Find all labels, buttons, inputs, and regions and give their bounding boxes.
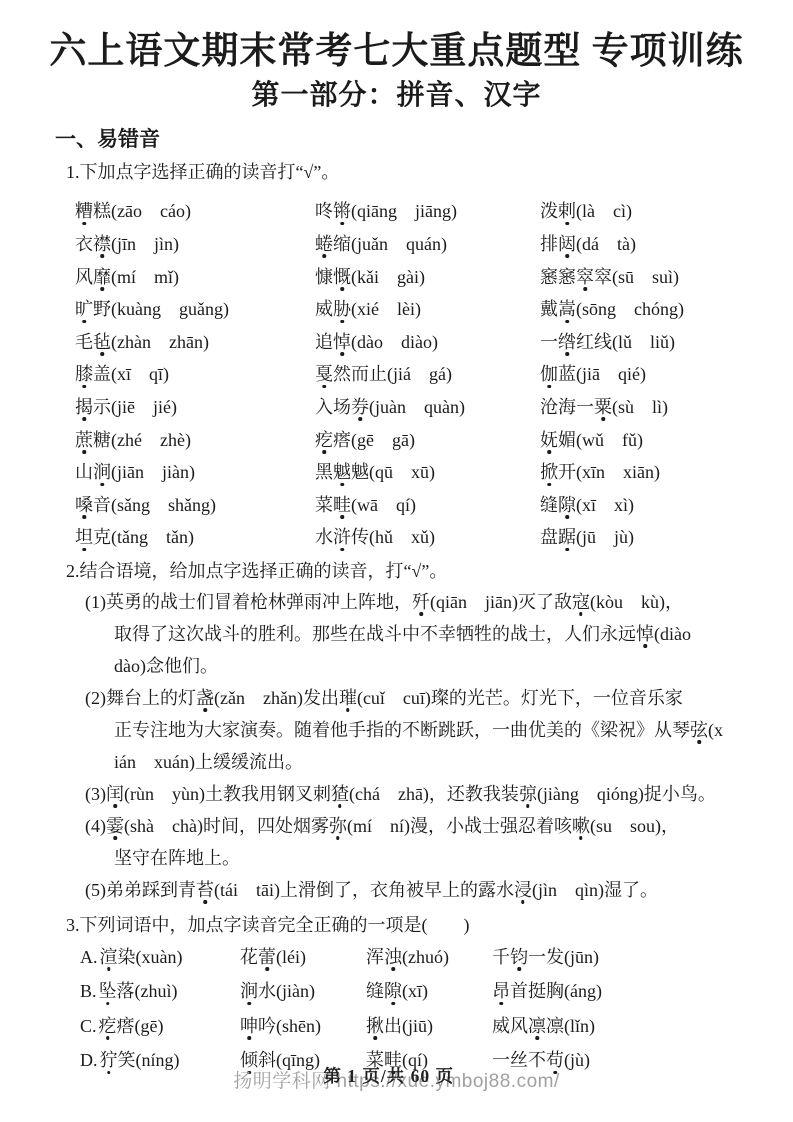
word-char: 出: [384, 1016, 402, 1036]
word-char: 首: [510, 981, 528, 1001]
dotted-char: 嵩: [558, 299, 576, 319]
pinyin-text: (jiē jié): [111, 397, 177, 417]
option-cell: B.坠落(zhuì): [80, 974, 240, 1009]
pinyin-word: 坦克(tǎng tǎn): [75, 527, 194, 547]
word-entry: 坦克(tǎng tǎn): [75, 521, 315, 554]
dotted-char: 嗓: [75, 495, 93, 515]
word-char: 然: [333, 364, 351, 384]
pinyin-text: (wǔ fǔ): [576, 430, 643, 450]
text-segment: (shà chà)时间，四处烟雾: [124, 816, 329, 836]
pinyin-word: 揪出(jiū): [366, 1016, 433, 1036]
word-char: 盘: [540, 527, 558, 547]
word-char: 咚: [315, 201, 333, 221]
sentence-line: (2)舞台上的灯盏(zǎn zhǎn)发出璀(cuǐ cuī)璨的光芒。灯光下，…: [85, 682, 793, 714]
pinyin-text: (léi): [276, 947, 306, 967]
pinyin-word: 追悼(dào diào): [315, 332, 438, 352]
pinyin-word: 排闼(dá tà): [540, 234, 636, 254]
option-label: A.: [80, 947, 100, 967]
pinyin-word: 窸窸窣窣(sū suì): [540, 267, 679, 287]
q1-stem: 1.下加点字选择正确的读音打“√”。: [66, 157, 793, 187]
word-entry: 旷野(kuàng guǎng): [75, 293, 315, 326]
dotted-char: 涧: [93, 462, 111, 482]
dotted-char: 弥: [329, 816, 347, 836]
pinyin-word: 蜷缩(juǎn quán): [315, 234, 447, 254]
text-segment: (tái tāi)上滑倒了，衣角被早上的露水: [214, 880, 514, 900]
pinyin-text: (jiàn): [276, 981, 315, 1001]
pinyin-word: 毛毡(zhàn zhān): [75, 332, 209, 352]
pinyin-text: (hǔ xǔ): [369, 527, 435, 547]
word-char: 糖: [93, 430, 111, 450]
pinyin-text: (juǎn quán): [351, 234, 447, 254]
pinyin-word: 膝盖(xī qī): [75, 364, 169, 384]
text-segment: (su sou)，: [590, 816, 679, 836]
word-char: 排: [540, 234, 558, 254]
word-char: 毛: [75, 332, 93, 352]
pinyin-text: (lǐn): [564, 1016, 595, 1036]
pinyin-word: 沧海一粟(sù lì): [540, 397, 668, 417]
pinyin-text: (jiū): [402, 1016, 433, 1036]
pinyin-word: 花蕾(léi): [240, 947, 306, 967]
pinyin-word: 伽蓝(jiā qié): [540, 364, 646, 384]
dotted-char: 襟: [93, 234, 111, 254]
text-segment: 坚守在阵地上。: [114, 848, 240, 868]
dotted-char: 钧: [510, 947, 528, 967]
sentence-line: 坚守在阵地上。: [114, 842, 793, 874]
word-char: 缩: [333, 234, 351, 254]
pinyin-word: 戴嵩(sōng chóng): [540, 299, 684, 319]
pinyin-text: (xī): [402, 981, 428, 1001]
word-char: 一: [576, 397, 594, 417]
text-segment: (qiān jiān)灭了敌: [430, 592, 572, 612]
word-char: 音: [93, 495, 111, 515]
dotted-char: 寇: [572, 592, 590, 612]
word-char: 落: [117, 981, 135, 1001]
word-entry: 衣襟(jīn jìn): [75, 228, 315, 261]
pinyin-text: (qū xū): [369, 462, 435, 482]
sentence-line: (5)弟弟踩到青苔(tái tāi)上滑倒了，衣角被早上的露水浸(jìn qìn…: [85, 874, 793, 906]
pinyin-word: 衣襟(jīn jìn): [75, 234, 179, 254]
option-cell: 昂首挺胸(áng): [492, 974, 793, 1009]
pinyin-text: (wā qí): [351, 495, 416, 515]
page-title: 六上语文期末常考七大重点题型 专项训练: [0, 30, 793, 74]
option-row: C.疙瘩(gē)呻吟(shēn)揪出(jiū)威风凛凛(lǐn): [80, 1009, 793, 1044]
dotted-char: 戛: [315, 364, 333, 384]
option-cell: 千钧一发(jūn): [492, 940, 793, 975]
word-entry: 沧海一粟(sù lì): [540, 391, 793, 424]
text-segment: (mí ní)漫，小战士强忍着咳: [347, 816, 572, 836]
pinyin-word: 渲染(xuàn): [100, 947, 183, 967]
word-char: 山: [75, 462, 93, 482]
dotted-char: 闼: [558, 234, 576, 254]
pinyin-text: (zhuó): [402, 947, 449, 967]
option-cell: 浑浊(zhuó): [366, 940, 492, 975]
word-char: 而: [351, 364, 369, 384]
pinyin-word: 咚锵(qiāng jiāng): [315, 201, 457, 221]
dotted-char: 凛: [528, 1016, 546, 1036]
word-char: 魆: [351, 462, 369, 482]
dotted-char: 隙: [384, 981, 402, 1001]
page-footer: 扬明学科网 https://xue.ymboj88.com/ 第 1 页/共 6…: [0, 1066, 793, 1096]
word-char: 一: [528, 947, 546, 967]
dotted-char: 胁: [333, 299, 351, 319]
word-char: 浑: [366, 947, 384, 967]
word-entry: 伽蓝(jiā qié): [540, 358, 793, 391]
pinyin-text: (mí mǐ): [111, 267, 179, 287]
sentence-line: dào)念他们。: [114, 650, 793, 682]
dotted-char: 盏: [196, 688, 214, 708]
word-entry: 戴嵩(sōng chóng): [540, 293, 793, 326]
dotted-char: 浊: [384, 947, 402, 967]
option-cell: 涧水(jiàn): [240, 974, 366, 1009]
option-cell: 揪出(jiū): [366, 1009, 492, 1044]
option-cell: A.渲染(xuàn): [80, 940, 240, 975]
option-label: C.: [80, 1016, 99, 1036]
pinyin-word: 千钧一发(jūn): [492, 947, 599, 967]
dotted-char: 蜷: [315, 234, 333, 254]
pinyin-word: 山涧(jiān jiàn): [75, 462, 195, 482]
word-char: 胸: [546, 981, 564, 1001]
option-row: B.坠落(zhuì)涧水(jiàn)缝隙(xī)昂首挺胸(áng): [80, 974, 793, 1009]
section-heading-yicuoyin: 一、易错音: [55, 127, 793, 153]
pinyin-text: (sū suì): [612, 267, 679, 287]
word-entry: 一绺红线(lǔ liǔ): [540, 326, 793, 359]
dotted-char: 隙: [558, 495, 576, 515]
word-char: 海: [558, 397, 576, 417]
sentence-line: (1)英勇的战士们冒着枪林弹雨冲上阵地，歼(qiān jiān)灭了敌寇(kòu…: [85, 586, 793, 618]
word-char: 一: [540, 332, 558, 352]
pinyin-text: (zāo cáo): [111, 201, 191, 221]
word-char: 窣: [594, 267, 612, 287]
dotted-char: 畦: [333, 495, 351, 515]
word-entry: 风靡(mí mǐ): [75, 261, 315, 294]
word-char: 场: [333, 397, 351, 417]
dotted-char: 歼: [412, 592, 430, 612]
word-entry: 戛然而止(jiá gá): [315, 358, 540, 391]
option-cell: 花蕾(léi): [240, 940, 366, 975]
word-char: 追: [315, 332, 333, 352]
option-row: A.渲染(xuàn)花蕾(léi)浑浊(zhuó)千钧一发(jūn): [80, 940, 793, 975]
q2-sentence-items: (1)英勇的战士们冒着枪林弹雨冲上阵地，歼(qiān jiān)灭了敌寇(kòu…: [0, 586, 793, 906]
word-entry: 膝盖(xī qī): [75, 358, 315, 391]
pinyin-text: (sōng chóng): [576, 299, 684, 319]
pinyin-text: (sǎng shǎng): [111, 495, 216, 515]
word-char: 黑: [315, 462, 333, 482]
option-cell: 呻吟(shēn): [240, 1009, 366, 1044]
word-char: 慷: [315, 267, 333, 287]
word-entry: 山涧(jiān jiàn): [75, 456, 315, 489]
pinyin-text: (lǔ liǔ): [612, 332, 675, 352]
pinyin-text: (gē): [135, 1016, 164, 1036]
pinyin-word: 浑浊(zhuó): [366, 947, 449, 967]
sentence-line: (3)闰(rùn yùn)土教我用钢叉刺猹(chá zhā)，还教我装弶(jià…: [85, 778, 793, 810]
word-char: 克: [93, 527, 111, 547]
dotted-char: 粟: [594, 397, 612, 417]
dotted-char: 疙: [315, 430, 333, 450]
dotted-char: 坦: [75, 527, 93, 547]
word-char: 媚: [558, 430, 576, 450]
pinyin-text: (xuàn): [136, 947, 183, 967]
word-char: 沧: [540, 397, 558, 417]
dotted-char: 旷: [75, 299, 93, 319]
text-segment: 取得了这次战斗的胜利。那些在战斗中不幸牺牲的战士，人们永远: [114, 624, 636, 644]
word-char: 菜: [315, 495, 333, 515]
word-char: 缝: [540, 495, 558, 515]
text-segment: 正专注地为大家演奏。随着他手指的不断跳跃，一曲优美的《梁祝》从琴: [114, 720, 690, 740]
word-entry: 嗓音(sǎng shǎng): [75, 489, 315, 522]
word-entry: 入场券(juàn quàn): [315, 391, 540, 424]
option-cell: C.疙瘩(gē): [80, 1009, 240, 1044]
dotted-char: 踞: [558, 527, 576, 547]
dotted-char: 弶: [519, 784, 537, 804]
word-entry: 追悼(dào diào): [315, 326, 540, 359]
word-char: 风: [75, 267, 93, 287]
sentence-line: ián xuán)上缓缓流出。: [114, 746, 793, 778]
dotted-char: 掀: [540, 462, 558, 482]
sentence-line: 取得了这次战斗的胜利。那些在战斗中不幸牺牲的战士，人们永远悼(diào: [114, 618, 793, 650]
word-entry: 疙瘩(gē gā): [315, 424, 540, 457]
dotted-char: 坠: [99, 981, 117, 1001]
pinyin-word: 威胁(xié lèi): [315, 299, 421, 319]
dotted-char: 妩: [540, 430, 558, 450]
text-segment: (4): [85, 816, 106, 836]
pinyin-text: (gē gā): [351, 430, 415, 450]
word-entry: 缝隙(xī xì): [540, 489, 793, 522]
pinyin-text: (jūn): [564, 947, 599, 967]
word-entry: 妩媚(wǔ fǔ): [540, 424, 793, 457]
pinyin-text: (xī qī): [111, 364, 169, 384]
pinyin-word: 坠落(zhuì): [99, 981, 178, 1001]
pinyin-word: 水浒传(hǔ xǔ): [315, 527, 435, 547]
pinyin-text: (là cì): [576, 201, 632, 221]
text-segment: ián xuán)上缓缓流出。: [114, 752, 303, 772]
pinyin-text: (dào diào): [351, 332, 438, 352]
pinyin-text: (zhé zhè): [111, 430, 191, 450]
pinyin-word: 呻吟(shēn): [240, 1016, 321, 1036]
word-char: 染: [118, 947, 136, 967]
pinyin-text: (xié lèi): [351, 299, 421, 319]
word-char: 戴: [540, 299, 558, 319]
word-char: 风: [510, 1016, 528, 1036]
dotted-char: 弦: [690, 720, 708, 740]
dotted-char: 绺: [558, 332, 576, 352]
dotted-char: 蕾: [258, 947, 276, 967]
option-cell: 威风凛凛(lǐn): [492, 1009, 793, 1044]
word-entry: 蔗糖(zhé zhè): [75, 424, 315, 457]
pinyin-word: 疙瘩(gē): [99, 1016, 164, 1036]
sentence-line: (4)霎(shà chà)时间，四处烟雾弥(mí ní)漫，小战士强忍着咳嗽(s…: [85, 810, 793, 842]
word-char: 挺: [528, 981, 546, 1001]
dotted-char: 璀: [339, 688, 357, 708]
text-segment: (cuǐ cuī)璨的光芒。灯光下，一位音乐家: [357, 688, 683, 708]
pinyin-word: 盘踞(jū jù): [540, 527, 634, 547]
pinyin-text: (zhàn zhān): [111, 332, 209, 352]
pinyin-text: (jīn jìn): [111, 234, 179, 254]
word-char: 糕: [93, 201, 111, 221]
dotted-char: 窣: [576, 267, 594, 287]
text-segment: dào)念他们。: [114, 656, 218, 676]
dotted-char: 闰: [106, 784, 124, 804]
word-char: 止: [369, 364, 387, 384]
word-entry: 威胁(xié lèi): [315, 293, 540, 326]
dotted-char: 悼: [636, 624, 654, 644]
word-char: 红: [576, 332, 594, 352]
dotted-char: 苔: [196, 880, 214, 900]
pinyin-word: 一绺红线(lǔ liǔ): [540, 332, 675, 352]
pinyin-word: 掀开(xīn xiān): [540, 462, 660, 482]
dotted-char: 锵: [333, 201, 351, 221]
dotted-char: 慨: [333, 267, 351, 287]
word-char: 花: [240, 947, 258, 967]
word-char: 发: [546, 947, 564, 967]
pinyin-text: (kǎi gài): [351, 267, 425, 287]
dotted-char: 涧: [240, 981, 258, 1001]
word-char: 开: [558, 462, 576, 482]
pinyin-word: 缝隙(xī): [366, 981, 428, 1001]
word-char: 瘩: [117, 1016, 135, 1036]
pinyin-text: (áng): [564, 981, 602, 1001]
word-char: 凛: [546, 1016, 564, 1036]
pinyin-word: 风靡(mí mǐ): [75, 267, 179, 287]
word-char: 威: [492, 1016, 510, 1036]
word-entry: 咚锵(qiāng jiāng): [315, 195, 540, 228]
dotted-char: 膝: [75, 364, 93, 384]
text-segment: (2)舞台上的灯: [85, 688, 196, 708]
dotted-char: 浸: [514, 880, 532, 900]
pinyin-word: 菜畦(wā qí): [315, 495, 416, 515]
page-number: 第 1 页/共 60 页: [323, 1063, 454, 1088]
pinyin-word: 揭示(jiē jié): [75, 397, 177, 417]
pinyin-word: 威风凛凛(lǐn): [492, 1016, 595, 1036]
word-char: 示: [93, 397, 111, 417]
text-segment: (diào: [654, 624, 691, 644]
word-entry: 揭示(jiē jié): [75, 391, 315, 424]
page-subtitle: 第一部分：拼音、汉字: [0, 78, 793, 113]
dotted-char: 呻: [240, 1016, 258, 1036]
word-char: 缝: [366, 981, 384, 1001]
text-segment: (jiàng qióng)捉小鸟。: [537, 784, 716, 804]
dotted-char: 渲: [100, 947, 118, 967]
word-char: 千: [492, 947, 510, 967]
pinyin-word: 入场券(juàn quàn): [315, 397, 465, 417]
text-segment: (kòu kù)，: [590, 592, 683, 612]
text-segment: (chá zhā)，还教我装: [349, 784, 519, 804]
pinyin-text: (qiāng jiāng): [351, 201, 457, 221]
option-label: B.: [80, 981, 99, 1001]
dotted-char: 伽: [540, 364, 558, 384]
word-char: 衣: [75, 234, 93, 254]
word-char: 线: [594, 332, 612, 352]
word-char: 泼: [540, 201, 558, 221]
dotted-char: 剌: [558, 201, 576, 221]
word-char: 水: [315, 527, 333, 547]
dotted-char: 浒: [333, 527, 351, 547]
dotted-char: 揪: [366, 1016, 384, 1036]
word-char: 水: [258, 981, 276, 1001]
word-entry: 蜷缩(juǎn quán): [315, 228, 540, 261]
pinyin-word: 泼剌(là cì): [540, 201, 632, 221]
dotted-char: 猹: [331, 784, 349, 804]
word-entry: 泼剌(là cì): [540, 195, 793, 228]
word-char: 吟: [258, 1016, 276, 1036]
pinyin-text: (jū jù): [576, 527, 634, 547]
text-segment: (zǎn zhǎn)发出: [214, 688, 339, 708]
pinyin-word: 妩媚(wǔ fǔ): [540, 430, 643, 450]
q3-stem: 3.下列词语中，加点字读音完全正确的一项是( ): [66, 910, 793, 940]
dotted-char: 蔗: [75, 430, 93, 450]
dotted-char: 霎: [106, 816, 124, 836]
pinyin-text: (jiā qié): [576, 364, 646, 384]
pinyin-word: 慷慨(kǎi gài): [315, 267, 425, 287]
word-entry: 排闼(dá tà): [540, 228, 793, 261]
pinyin-word: 蔗糖(zhé zhè): [75, 430, 191, 450]
pinyin-text: (zhuì): [135, 981, 178, 1001]
word-entry: 水浒传(hǔ xǔ): [315, 521, 540, 554]
worksheet-page: 六上语文期末常考七大重点题型 专项训练 第一部分：拼音、汉字 一、易错音 1.下…: [0, 0, 793, 1122]
pinyin-word: 疙瘩(gē gā): [315, 430, 415, 450]
dotted-char: 魆: [333, 462, 351, 482]
pinyin-word: 戛然而止(jiá gá): [315, 364, 452, 384]
word-char: 盖: [93, 364, 111, 384]
pinyin-text: (tǎng tǎn): [111, 527, 194, 547]
word-entry: 窸窸窣窣(sū suì): [540, 261, 793, 294]
pinyin-text: (jiá gá): [387, 364, 452, 384]
pinyin-word: 旷野(kuàng guǎng): [75, 299, 229, 319]
pinyin-text: (sù lì): [612, 397, 668, 417]
word-entry: 慷慨(kǎi gài): [315, 261, 540, 294]
word-char: 瘩: [333, 430, 351, 450]
pinyin-word: 缝隙(xī xì): [540, 495, 634, 515]
word-char: 野: [93, 299, 111, 319]
pinyin-text: (kuàng guǎng): [111, 299, 229, 319]
text-segment: (3): [85, 784, 106, 804]
dotted-char: 揭: [75, 397, 93, 417]
pinyin-word: 黑魆魆(qū xū): [315, 462, 435, 482]
dotted-char: 悼: [333, 332, 351, 352]
word-entry: 菜畦(wā qí): [315, 489, 540, 522]
word-char: 威: [315, 299, 333, 319]
pinyin-word: 昂首挺胸(áng): [492, 981, 602, 1001]
pinyin-word: 糟糕(zāo cáo): [75, 201, 191, 221]
dotted-char: 券: [351, 397, 369, 417]
text-segment: (rùn yùn)土教我用钢叉刺: [124, 784, 331, 804]
word-char: 窸: [558, 267, 576, 287]
pinyin-text: (shēn): [276, 1016, 321, 1036]
word-char: 窸: [540, 267, 558, 287]
pinyin-word: 涧水(jiàn): [240, 981, 315, 1001]
sentence-line: 正专注地为大家演奏。随着他手指的不断跳跃，一曲优美的《梁祝》从琴弦(x: [114, 714, 793, 746]
option-cell: 缝隙(xī): [366, 974, 492, 1009]
word-char: 蓝: [558, 364, 576, 384]
text-segment: (jìn qìn)湿了。: [532, 880, 658, 900]
pinyin-text: (jiān jiàn): [111, 462, 195, 482]
pinyin-text: (juàn quàn): [369, 397, 465, 417]
dotted-char: 毡: [93, 332, 111, 352]
text-segment: (1)英勇的战士们冒着枪林弹雨冲上阵地，: [85, 592, 412, 612]
dotted-char: 靡: [93, 267, 111, 287]
pinyin-word: 嗓音(sǎng shǎng): [75, 495, 216, 515]
word-entry: 盘踞(jū jù): [540, 521, 793, 554]
q3-option-rows: A.渲染(xuàn)花蕾(léi)浑浊(zhuó)千钧一发(jūn)B.坠落(z…: [0, 940, 793, 1078]
dotted-char: 疙: [99, 1016, 117, 1036]
word-entry: 糟糕(zāo cáo): [75, 195, 315, 228]
word-entry: 黑魆魆(qū xū): [315, 456, 540, 489]
q2-stem: 2.结合语境，给加点字选择正确的读音，打“√”。: [66, 556, 793, 586]
pinyin-text: (xī xì): [576, 495, 634, 515]
pinyin-text: (dá tà): [576, 234, 636, 254]
dotted-char: 嗽: [572, 816, 590, 836]
word-char: 入: [315, 397, 333, 417]
dotted-char: 糟: [75, 201, 93, 221]
